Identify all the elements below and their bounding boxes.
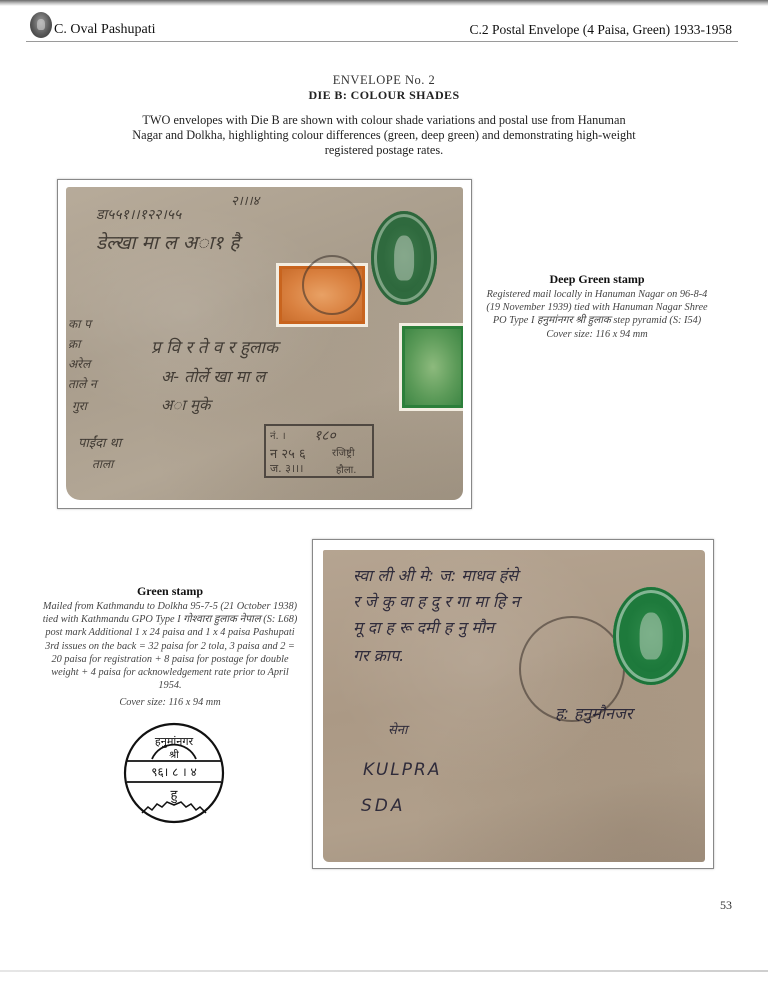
handwritten-line: डा५५१।।१२२।५५: [96, 205, 181, 224]
caption-description: Registered mail locally in Hanuman Nagar…: [484, 288, 710, 328]
pashupati-seal-icon: [30, 12, 52, 38]
svg-text:श्री: श्री: [169, 749, 179, 761]
page-number: 53: [720, 898, 732, 913]
sender-line: ताला: [92, 455, 113, 472]
deity-figure-icon: [394, 235, 414, 280]
indicium-green: [613, 587, 689, 685]
handwritten-note: २।।।४: [231, 191, 259, 209]
address-line: गर क्राप.: [353, 644, 404, 666]
intro-paragraph: TWO envelopes with Die B are shown with …: [130, 113, 638, 158]
sender-line: गुरा: [72, 397, 87, 414]
handwritten-line: डेल्खा मा ल अा१ है: [96, 229, 239, 255]
envelope-photo-green: स्वा ली अी मे: ज: माधव हंसे र जे कु वा ह…: [312, 539, 714, 869]
address-line: र जे कु वा ह दु र गा मा हि न: [353, 590, 520, 612]
caption-deep-green: Deep Green stamp Registered mail locally…: [484, 272, 710, 341]
envelope-cover: स्वा ली अी मे: ज: माधव हंसे र जे कु वा ह…: [323, 550, 705, 862]
die-subtitle: DIE B: COLOUR SHADES: [0, 88, 768, 103]
cancellation-mark: [302, 255, 362, 315]
handwritten-line: KULPRA: [363, 760, 441, 780]
indicium-deep-green: [371, 211, 437, 305]
sender-line: क्रा: [68, 335, 80, 352]
deity-figure-icon: [640, 612, 663, 659]
caption-heading: Green stamp: [42, 584, 298, 599]
sender-line: ह: हनुमौनजर: [555, 702, 632, 724]
svg-text:हु: हु: [171, 788, 179, 804]
handwritten-line: SDA: [361, 796, 406, 816]
address-line: स्वा ली अी मे: ज: माधव हंसे: [353, 564, 518, 586]
envelope-photo-deep-green: २।।।४ डा५५१।।१२२।५५ डेल्खा मा ल अा१ है प…: [57, 179, 472, 509]
cover-size: Cover size: 116 x 94 mm: [42, 696, 298, 709]
envelope-cover: २।।।४ डा५५१।।१२२।५५ डेल्खा मा ल अा१ है प…: [66, 187, 463, 500]
address-line: अ- तोर्ले खा मा ल: [161, 365, 265, 387]
registration-box-cachet: नं. । १८० न २५ ६ रजिष्ट्री ज. ३।।। हौला.: [264, 424, 374, 478]
sender-line: का प: [68, 315, 91, 332]
envelope-number-heading: ENVELOPE No. 2: [0, 73, 768, 88]
sender-line: अरेल: [68, 355, 90, 372]
page-bottom-edge: [0, 970, 768, 972]
svg-text:हनुमांनगर: हनुमांनगर: [155, 735, 194, 748]
chapter-title: C. Oval Pashupati: [54, 22, 156, 38]
address-line: प्र वि र ते व र हुलाक: [151, 335, 278, 358]
page-header: C. Oval Pashupati C.2 Postal Envelope (4…: [26, 12, 738, 42]
section-title: C.2 Postal Envelope (4 Paisa, Green) 193…: [470, 22, 732, 38]
svg-text:९६। ८ । ४: ९६। ८ । ४: [151, 765, 197, 779]
handwritten-line: सेना: [388, 720, 407, 738]
adhesive-stamp-green: [399, 323, 463, 411]
sender-line: ताले न: [68, 375, 97, 392]
address-line: मू दा ह रू दमी ह नु मौन: [353, 616, 494, 638]
page-top-edge: [0, 0, 768, 6]
sender-line: पाईंदा था: [78, 433, 121, 451]
caption-heading: Deep Green stamp: [484, 272, 710, 287]
address-line: अा मुके: [161, 395, 211, 415]
caption-green: Green stamp Mailed from Kathmandu to Dol…: [42, 584, 298, 709]
caption-description: Mailed from Kathmandu to Dolkha 95-7-5 (…: [42, 600, 298, 692]
cover-size: Cover size: 116 x 94 mm: [484, 328, 710, 341]
postmark-illustration-icon: हनुमांनगर श्री ९६। ८ । ४ हु: [122, 721, 226, 825]
